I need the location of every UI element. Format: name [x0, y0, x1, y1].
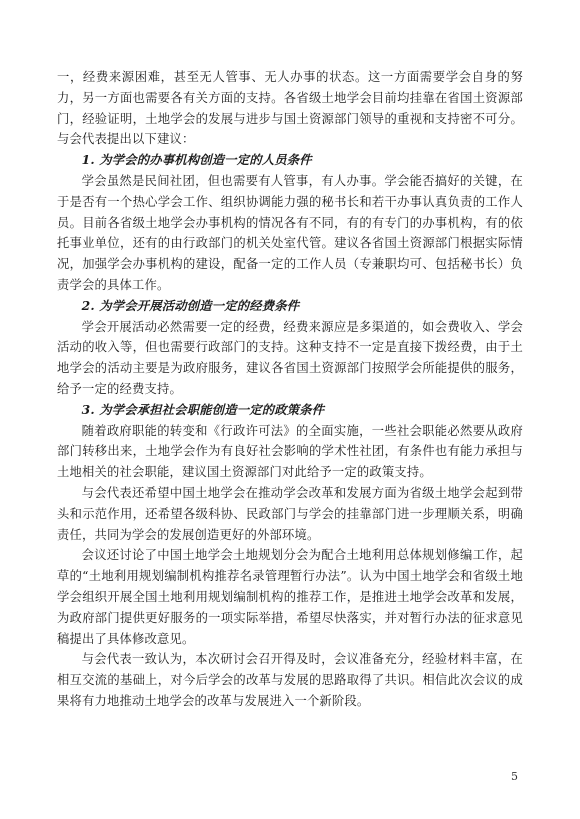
section-heading-3: 3. 为学会承担社会职能创造一定的政策条件 — [57, 400, 523, 421]
paragraph: 与会代表还希望中国土地学会在推动学会改革和发展方面为省级土地学会起到带头和示范作… — [57, 483, 523, 545]
document-page: 一，经费来源困难，甚至无人管事、无人办事的状态。这一方面需要学会自身的努力，另一… — [0, 0, 580, 819]
paragraph: 会议还讨论了中国土地学会土地规划分会为配合土地利用总体规划修编工作，起草的“土地… — [57, 545, 523, 649]
paragraph: 随着政府职能的转变和《行政许可法》的全面实施，一些社会职能必然要从政府部门转移出… — [57, 421, 523, 483]
paragraph: 学会开展活动必然需要一定的经费，经费来源应是多渠道的，如会费收入、学会活动的收入… — [57, 317, 523, 400]
paragraph: 学会虽然是民间社团，但也需要有人管事，有人办事。学会能否搞好的关键，在于是否有一… — [57, 171, 523, 296]
paragraph-continuation: 一，经费来源困难，甚至无人管事、无人办事的状态。这一方面需要学会自身的努力，另一… — [57, 67, 523, 150]
section-heading-1: 1. 为学会的办事机构创造一定的人员条件 — [57, 150, 523, 171]
section-heading-2: 2. 为学会开展活动创造一定的经费条件 — [57, 296, 523, 317]
page-number: 5 — [511, 770, 518, 783]
paragraph: 与会代表一致认为，本次研讨会召开得及时，会议准备充分，经验材料丰富，在相互交流的… — [57, 649, 523, 711]
text-content: 一，经费来源困难，甚至无人管事、无人办事的状态。这一方面需要学会自身的努力，另一… — [57, 67, 523, 712]
